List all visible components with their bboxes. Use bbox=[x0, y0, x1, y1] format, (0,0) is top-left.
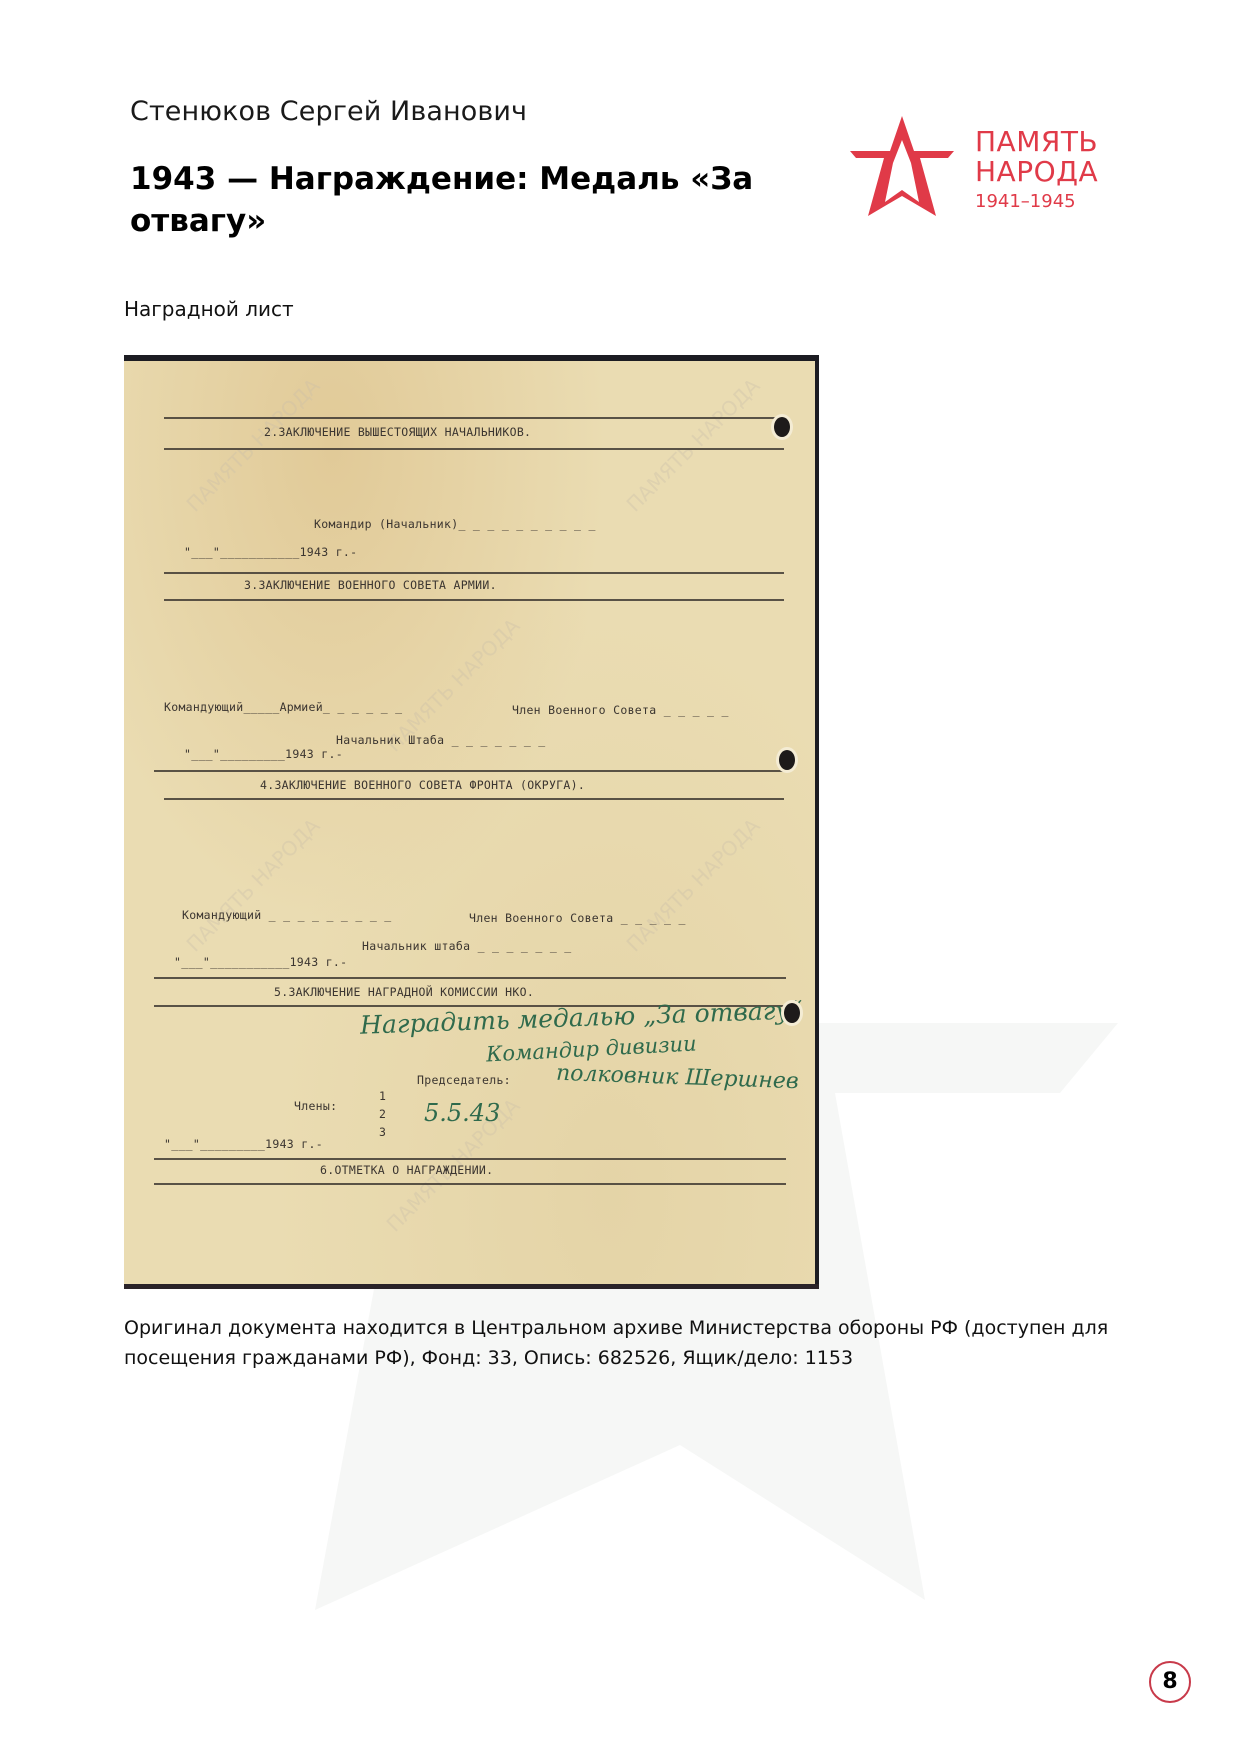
red-star-icon bbox=[850, 116, 954, 216]
scan-watermark: ПАМЯТЬ НАРОДА bbox=[623, 375, 763, 515]
form-rule bbox=[154, 977, 786, 979]
punch-hole bbox=[784, 1003, 800, 1023]
council-member-line-1: Член Военного Совета _ _ _ _ _ bbox=[512, 703, 729, 717]
handwritten-signature: полковник Шершнев bbox=[556, 1061, 799, 1094]
handwritten-date: 5.5.43 bbox=[424, 1099, 500, 1127]
archive-caption: Оригинал документа находится в Центральн… bbox=[124, 1313, 1124, 1373]
commander-line: Командир (Начальник)_ _ _ _ _ _ _ _ _ _ bbox=[314, 517, 596, 531]
form-rule bbox=[154, 1158, 786, 1160]
section-label: Наградной лист bbox=[124, 297, 294, 321]
form-rule bbox=[164, 417, 784, 419]
chief-of-staff-line-2: Начальник штаба _ _ _ _ _ _ _ bbox=[362, 939, 571, 953]
council-member-line-2: Член Военного Совета _ _ _ _ _ bbox=[469, 911, 686, 925]
section-6-heading: 6.ОТМЕТКА О НАГРАЖДЕНИИ. bbox=[320, 1163, 493, 1177]
member-number-2: 2 bbox=[379, 1107, 386, 1121]
member-number-3: 3 bbox=[379, 1125, 386, 1139]
handwritten-award-line: Наградить медалью „За отвагу“ bbox=[360, 995, 803, 1039]
pamyat-naroda-logo: ПАМЯТЬ НАРОДА 1941–1945 bbox=[850, 112, 1120, 220]
form-rule bbox=[164, 448, 784, 450]
scan-watermark: ПАМЯТЬ НАРОДА bbox=[183, 815, 323, 955]
form-rule bbox=[164, 599, 784, 601]
logo-text-line1: ПАМЯТЬ bbox=[975, 125, 1098, 158]
award-sheet-scan: ПАМЯТЬ НАРОДА ПАМЯТЬ НАРОДА ПАМЯТЬ НАРОД… bbox=[124, 355, 819, 1289]
form-rule bbox=[154, 1183, 786, 1185]
form-rule bbox=[154, 770, 786, 772]
date-line-1: "___"___________1943 г.- bbox=[184, 545, 357, 559]
page-number: 8 bbox=[1149, 1661, 1191, 1703]
section-4-heading: 4.ЗАКЛЮЧЕНИЕ ВОЕННОГО СОВЕТА ФРОНТА (ОКР… bbox=[260, 778, 585, 792]
scan-watermark: ПАМЯТЬ НАРОДА bbox=[623, 815, 763, 955]
logo-text-line2: НАРОДА bbox=[975, 155, 1098, 188]
person-name: Стенюков Сергей Иванович bbox=[130, 96, 527, 127]
form-rule bbox=[164, 572, 784, 574]
section-2-heading: 2.ЗАКЛЮЧЕНИЕ ВЫШЕСТОЯЩИХ НАЧАЛЬНИКОВ. bbox=[264, 425, 531, 439]
date-line-3: "___"___________1943 г.- bbox=[174, 955, 347, 969]
army-commander-line: Командующий_____Армией_ _ _ _ _ _ bbox=[164, 700, 402, 714]
section-5-heading: 5.ЗАКЛЮЧЕНИЕ НАГРАДНОЙ КОМИССИИ НКО. bbox=[274, 985, 534, 999]
section-3-heading: 3.ЗАКЛЮЧЕНИЕ ВОЕННОГО СОВЕТА АРМИИ. bbox=[244, 578, 497, 592]
chairman-label: Председатель: bbox=[417, 1073, 511, 1087]
date-line-4: "___"_________1943 г.- bbox=[164, 1137, 323, 1151]
date-line-2: "___"_________1943 г.- bbox=[184, 747, 343, 761]
punch-hole bbox=[779, 750, 795, 770]
form-rule bbox=[164, 798, 784, 800]
punch-hole bbox=[774, 417, 790, 437]
chief-of-staff-line-1: Начальник Штаба _ _ _ _ _ _ _ bbox=[336, 733, 545, 747]
member-number-1: 1 bbox=[379, 1089, 386, 1103]
front-commander-line: Командующий _ _ _ _ _ _ _ _ _ bbox=[182, 908, 391, 922]
logo-years: 1941–1945 bbox=[975, 191, 1076, 212]
scan-watermark: ПАМЯТЬ НАРОДА bbox=[183, 375, 323, 515]
page-title: 1943 — Награждение: Медаль «За отвагу» bbox=[130, 158, 790, 242]
members-label: Члены: bbox=[294, 1099, 337, 1113]
